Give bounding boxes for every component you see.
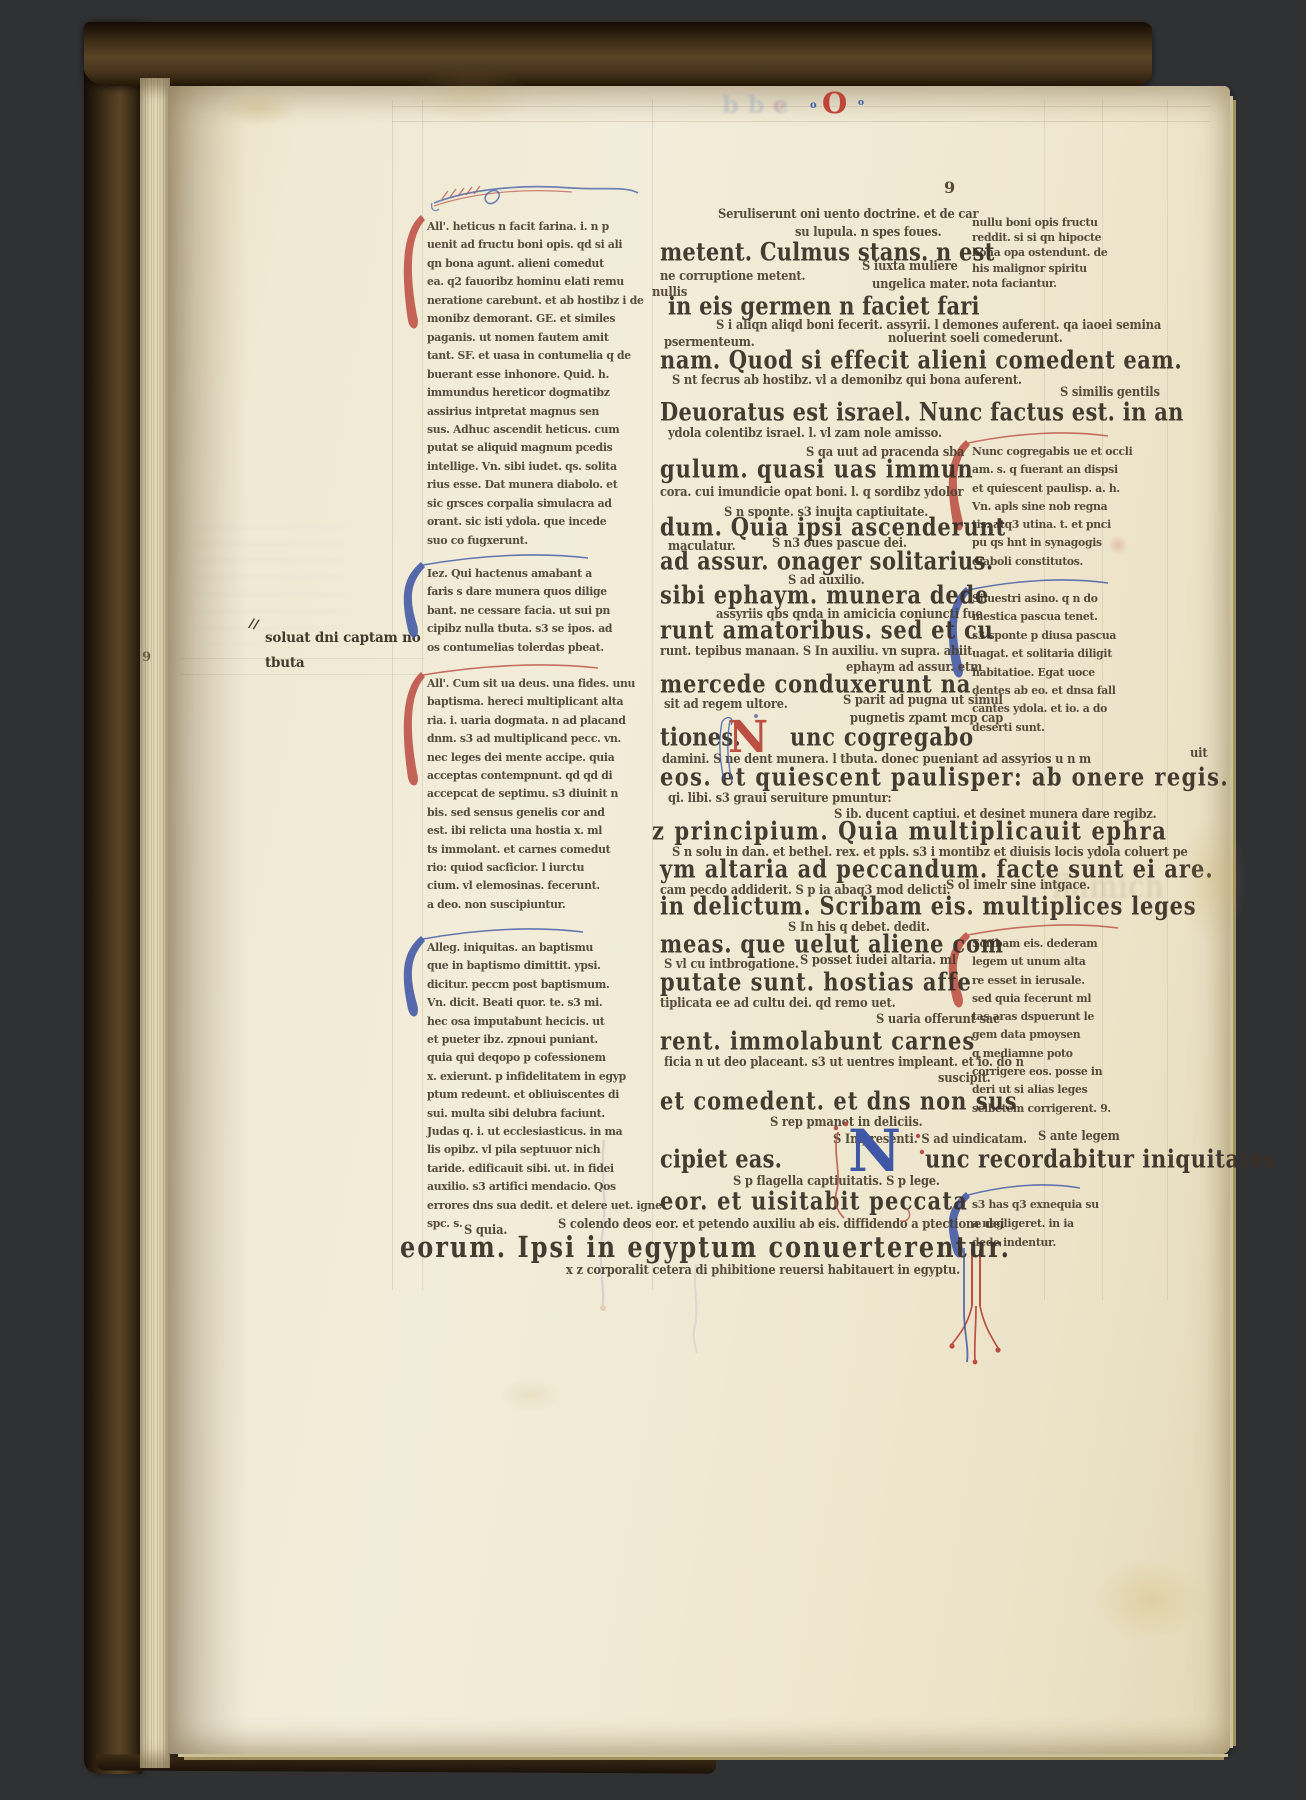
gloss-line: baptisma. hereci multiplicant alta xyxy=(427,693,632,711)
gloss-line: sed quia fecerunt ml xyxy=(972,990,1202,1008)
gloss-line: Seruliserunt oni uento doctrine. et de c… xyxy=(718,206,978,221)
gloss-line: bant. ne cessare facia. ut sui pn xyxy=(427,602,632,620)
gloss-line: faris s dare munera quos dilige xyxy=(427,583,632,601)
gloss-line: qi. libi. s3 graui seruiture pmuntur: xyxy=(668,790,891,805)
gloss-line: ea. q2 fauoribz hominu elati remu xyxy=(427,273,632,291)
gloss-line: am. s. q fuerant an dispsi xyxy=(972,461,1202,479)
gloss-line: uagat. et solitaria diligit xyxy=(972,645,1202,663)
gloss-line: Iez. Qui hactenus amabant a xyxy=(427,565,632,583)
gloss-line: Judas q. i. ut ecclesiasticus. in ma xyxy=(427,1123,632,1141)
gloss-line: errores dns sua dedit. et delere uet. ig… xyxy=(427,1197,632,1215)
gloss-line: deserti sunt. xyxy=(972,719,1202,737)
gloss-line: suo co fugxerunt. xyxy=(427,532,632,550)
gloss-line: auxilio. s3 artifici mendacio. Qos xyxy=(427,1178,632,1196)
lemma-line: unc recordabitur iniquitates xyxy=(925,1143,1276,1174)
left-gloss-block: All'. heticus n facit farina. i. n pueni… xyxy=(427,218,632,550)
lemma-line: ym altaria ad peccandum. facte sunt ei a… xyxy=(660,853,1214,884)
gloss-line: cora. cui imundicie opat boni. l. q sord… xyxy=(660,484,963,499)
gloss-line: All'. heticus n facit farina. i. n p xyxy=(427,218,632,236)
gloss-line: dnm. s3 ad multiplicand pecc. vn. xyxy=(427,730,632,748)
gloss-line: et pueter ibz. zpnoui puniant. xyxy=(427,1031,632,1049)
lemma-line: cipiet eas. xyxy=(660,1143,782,1174)
lemma-line: sibi ephaym. munera dede xyxy=(660,579,989,610)
gloss-line: s3 has q3 exnequia su xyxy=(972,1195,1202,1214)
gloss-line: gem data pmoysen xyxy=(972,1026,1202,1044)
gloss-line: legem ut unum alta xyxy=(972,953,1202,971)
gloss-line: S iuxta muliere xyxy=(862,258,958,273)
gloss-line: nec leges dei mente accipe. quia xyxy=(427,749,632,767)
lemma-line: runt amatoribus. sed et cu xyxy=(660,614,994,645)
gloss-line: nota faciantur. xyxy=(972,276,1202,291)
gloss-line: All'. Cum sit ua deus. una fides. unu xyxy=(427,675,632,693)
gloss-line: Alleg. iniquitas. an baptismu xyxy=(427,939,632,957)
lemma-line: putate sunt. hostias affe xyxy=(660,966,972,997)
gloss-line: uit xyxy=(1190,745,1207,760)
gloss-line: x. exierunt. p infidelitatem in egyp xyxy=(427,1068,632,1086)
gloss-line: que in baptismo dimittit. ypsi. xyxy=(427,957,632,975)
gloss-line: dentes ab eo. et dnsa fall xyxy=(972,682,1202,700)
gloss-line: s3 sponte p diusa pascua xyxy=(972,627,1202,645)
gloss-line: paganis. ut nomen fautem amit xyxy=(427,329,632,347)
gloss-line: tant. SF. et uasa in contumelia q de xyxy=(427,347,632,365)
gloss-line: pu qs hnt in synagogis xyxy=(972,534,1202,552)
gloss-line: bona opa ostendunt. de xyxy=(972,245,1202,260)
gloss-line: cantes ydola. et io. a do xyxy=(972,700,1202,718)
gloss-line: nullu boni opis fructu xyxy=(972,215,1202,230)
gloss-line: ts immolant. et carnes comedut xyxy=(427,841,632,859)
left-gloss-paraph-bracket-icon xyxy=(397,211,431,359)
manuscript-text: All'. heticus n facit farina. i. n pueni… xyxy=(0,0,1306,1800)
gloss-line: ficia n ut deo placeant. s3 ut uentres i… xyxy=(664,1054,1024,1069)
lemma-line: in eis germen n faciet fari xyxy=(668,290,980,321)
gloss-line: mestica pascua tenet. xyxy=(972,608,1202,626)
gloss-line: tis. atq3 utina. t. et pnci xyxy=(972,516,1202,534)
photo-background: bbe o O o o 9 9 // soluat dni captam not… xyxy=(0,0,1306,1800)
lemma-line: eorum. Ipsi in egyptum conuerterentur. xyxy=(400,1229,1011,1264)
gloss-line: runt. tepibus manaan. S In auxiliu. vn s… xyxy=(660,643,972,658)
gloss-line: hec osa imputabunt hecicis. ut xyxy=(427,1013,632,1031)
gloss-line: acceptas contempnunt. qd qd di xyxy=(427,767,632,785)
lemma-line: gulum. quasi uas immun xyxy=(660,453,974,484)
gloss-line: ne corruptione metent. xyxy=(660,268,805,283)
gloss-line: Siluestri asino. q n do xyxy=(972,590,1202,608)
gloss-line: dicitur. peccm post baptismum. xyxy=(427,976,632,994)
gloss-line: neratione carebunt. et ab hostibz i de xyxy=(427,292,632,310)
gloss-line: immundus hereticor dogmatibz xyxy=(427,384,632,402)
gloss-line: S nt fecrus ab hostibz. vl a demonibz qu… xyxy=(672,372,1022,387)
lemma-line: et comedent. et dns non sus xyxy=(660,1085,1018,1116)
gloss-line: x z corporalit cetera di phibitione reue… xyxy=(566,1262,960,1277)
versal-initial: N xyxy=(728,716,768,760)
left-gloss-block: All'. Cum sit ua deus. una fides. unubap… xyxy=(427,675,632,914)
gloss-line: sus. Adhuc ascendit heticus. cum xyxy=(427,421,632,439)
left-gloss-block: Alleg. iniquitas. an baptismuque in bapt… xyxy=(427,939,632,1234)
gloss-line: tas aras dspuerunt le xyxy=(972,1008,1202,1026)
lemma-line: Deuoratus est israel. Nunc factus est. i… xyxy=(660,396,1184,427)
gloss-line: os contumelias tolerdas pbeat. xyxy=(427,639,632,657)
gloss-line: et quiescent paulisp. a. h. xyxy=(972,480,1202,498)
gloss-line: buerant esse inhonore. Quid. h. xyxy=(427,366,632,384)
lemma-line: unc cogregabo xyxy=(790,721,974,752)
gloss-line: re esset in ierusale. xyxy=(972,972,1202,990)
gloss-line: Scribam eis. dederam xyxy=(972,935,1202,953)
gloss-line: assirius intpretat magnus sen xyxy=(427,403,632,421)
gloss-line: diaboli constitutos. xyxy=(972,553,1202,571)
gloss-line: est. ibi relicta una hostia x. ml xyxy=(427,822,632,840)
gloss-line: sit ad regem ultore. xyxy=(664,696,788,711)
gloss-line: sic grsces corpalia simulacra ad xyxy=(427,495,632,513)
gloss-line: ria. i. uaria dogmata. n ad placand xyxy=(427,712,632,730)
right-gloss-block: Nunc cogregabis ue et occliam. s. q fuer… xyxy=(972,443,1202,571)
lemma-line: rent. immolabunt carnes xyxy=(660,1025,975,1056)
gloss-line: ydola colentibz israel. l. vl zam nole a… xyxy=(668,425,942,440)
gloss-line: putat se aliquid magnum pcedis xyxy=(427,439,632,457)
gloss-line: intellige. Vn. sibi iudet. qs. solita xyxy=(427,458,632,476)
gloss-line: ptum redeunt. et obliuiscentes di xyxy=(427,1086,632,1104)
gloss-line: sui. multa sibi delubra faciunt. xyxy=(427,1105,632,1123)
gloss-line: uenit ad fructu boni opis. qd si ali xyxy=(427,236,632,254)
gloss-line: Nunc cogregabis ue et occli xyxy=(972,443,1202,461)
left-gloss-block: Iez. Qui hactenus amabant afaris s dare … xyxy=(427,565,632,657)
gloss-line: habitatioe. Egat uoce xyxy=(972,664,1202,682)
gloss-line: rius esse. Dat munera diabolo. et xyxy=(427,476,632,494)
gloss-line: qn bona agunt. alieni comedut xyxy=(427,255,632,273)
gloss-line: bis. sed sensus genelis cor and xyxy=(427,804,632,822)
gloss-line: lis opibz. vl pila septuuor nich xyxy=(427,1141,632,1159)
lemma-line: ad assur. onager solitarius. xyxy=(660,545,994,576)
gloss-line: cium. vl elemosinas. fecerunt. xyxy=(427,877,632,895)
gloss-line: accepcat de septimu. s3 diuinit n xyxy=(427,785,632,803)
gloss-line: S ante legem xyxy=(1038,1128,1120,1143)
right-gloss-block: nullu boni opis fructureddit. si si qn h… xyxy=(972,215,1202,291)
gloss-line: Vn. apls sine nob regna xyxy=(972,498,1202,516)
gloss-line: orant. sic isti ydola. que incede xyxy=(427,513,632,531)
gloss-line: rio: quiod sacficior. l iurctu xyxy=(427,859,632,877)
gloss-line: cipibz nulla tbuta. s3 se ipos. ad xyxy=(427,620,632,638)
gloss-line: S parit ad pugna ut simul xyxy=(843,692,1003,707)
gloss-line: his malignor spiritu xyxy=(972,261,1202,276)
gloss-line: taride. edificauit sibi. ut. in fidei xyxy=(427,1160,632,1178)
gloss-line: suscipit. xyxy=(938,1070,991,1085)
right-gloss-block: Siluestri asino. q n domestica pascua te… xyxy=(972,590,1202,737)
gloss-line: tiplicata ee ad cultu dei. qd remo uet. xyxy=(660,995,895,1010)
gloss-line: reddit. si si qn hipocte xyxy=(972,230,1202,245)
lemma-line: in delictum. Scribam eis. multiplices le… xyxy=(660,890,1196,921)
gloss-line: a deo. non suscipiuntur. xyxy=(427,896,632,914)
gloss-line: quia qui deqopo p cofessionem xyxy=(427,1049,632,1067)
gloss-line: Vn. dicit. Beati quor. te. s3 mi. xyxy=(427,994,632,1012)
lemma-line: z principium. Quia multiplicauit ephra xyxy=(652,815,1167,846)
versal-initial: N xyxy=(848,1122,901,1180)
lemma-line: nam. Quod si effecit alieni comedent eam… xyxy=(660,344,1182,375)
gloss-line: monibz demorant. GE. et similes xyxy=(427,310,632,328)
